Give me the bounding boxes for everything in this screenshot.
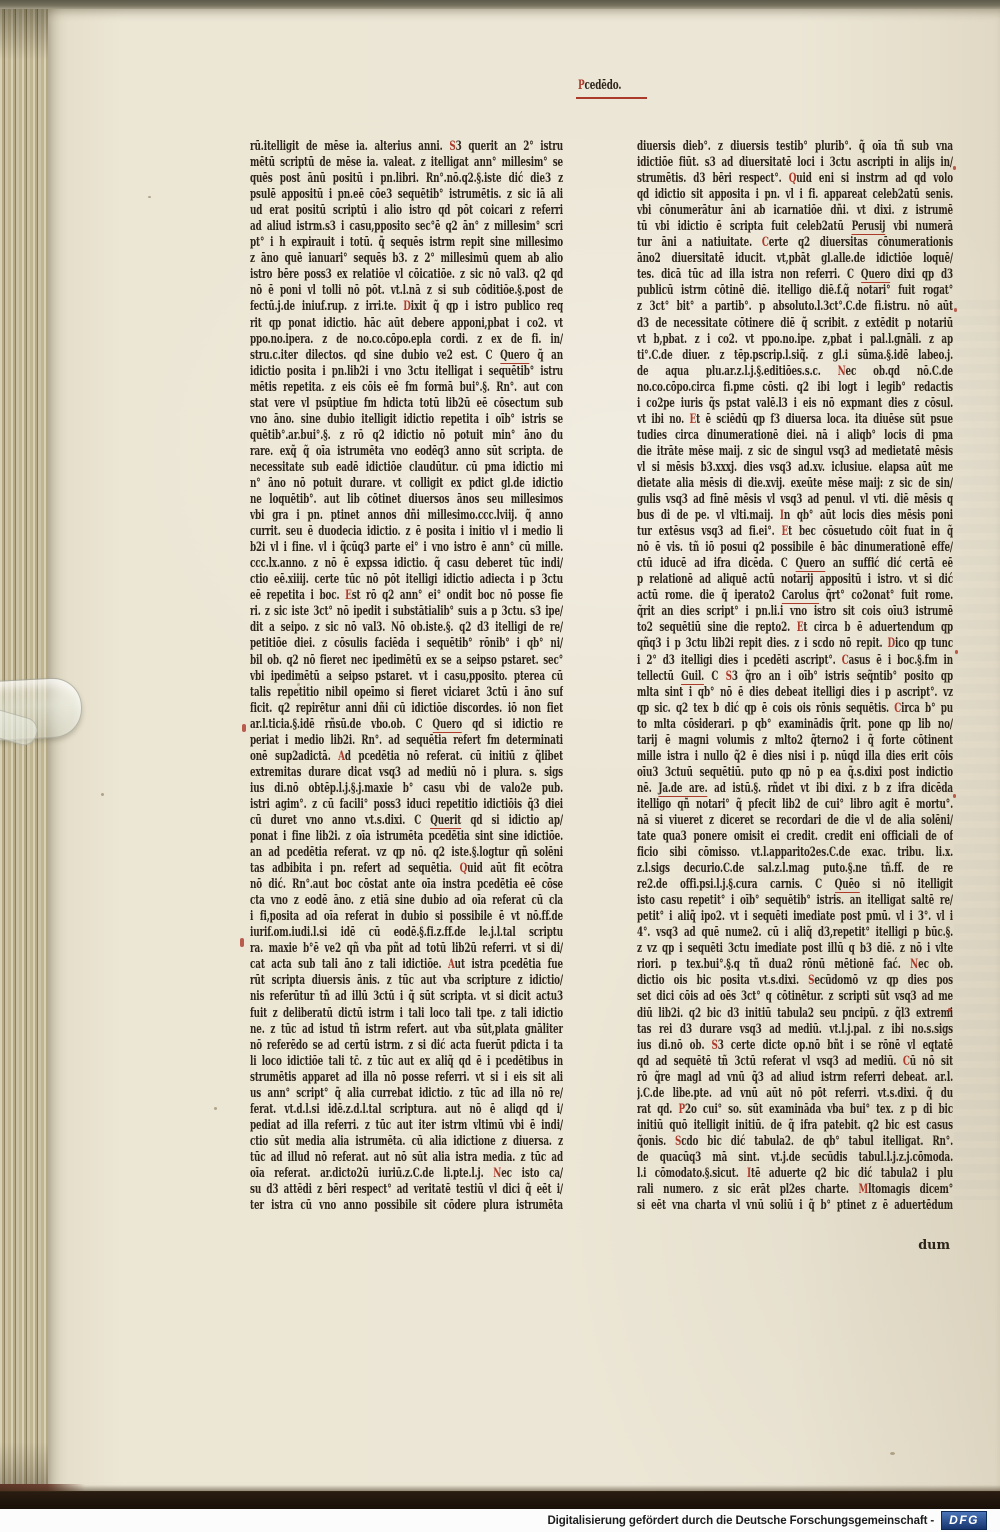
- text-line: cat acta sub tali āno z tali idictiōe. A…: [250, 957, 563, 973]
- text-line: ferat. vt.d.l.si idē.z.d.l.tal scriptura…: [250, 1102, 563, 1118]
- text-line: vt ibi no. Et ē sciēdū qp f3 diuersa loc…: [637, 412, 953, 428]
- text-line: nō dić. Rn°.aut boc cōstat ante oīa inst…: [250, 877, 563, 893]
- text-line: iurif.om.iudi.l.si idē cū eodē.§.fi.z.ff…: [250, 925, 563, 941]
- text-line: to2 sequētiū sine die repto2. Et circa b…: [637, 620, 953, 636]
- text-line: ficio sibi cōmisso. vt.l.apparito2es.C.d…: [637, 845, 953, 861]
- dfg-logo: DFG: [941, 1511, 987, 1530]
- text-line: su d3 attēdi z bēri respect° ad veritatē…: [250, 1182, 563, 1198]
- text-line: p relationē ad aliquē actū notarij appos…: [637, 572, 953, 588]
- text-line: vt b,pbat. z i co2. vt ppo.no.ipe. z,pba…: [637, 332, 953, 348]
- text-line: quēs post ānū positū i pn.libri. Rn°.nō.…: [250, 171, 563, 187]
- text-line: qd idictio sit apposita i pn. vl i fi. a…: [637, 187, 953, 203]
- text-line: vl si mēsis b3.xxxj. dies vsq3 ad.xv. ic…: [637, 460, 953, 476]
- text-line: ud erat positū scriptū i alio istro qd p…: [250, 203, 563, 219]
- text-line: i 2° d3 itelligi dies i pcedēti ascript°…: [637, 653, 953, 669]
- text-line: tū vbi idictio ē scripta fuit celeb2atū …: [637, 219, 953, 235]
- text-line: gulis vsq3 ad finē mēsis vl vsq3 ad penu…: [637, 492, 953, 508]
- text-line: tate qua3 ponere omisit ei credit. credi…: [637, 829, 953, 845]
- text-line: petitiōe diei. z cōsulis faciēda i sequē…: [250, 636, 563, 652]
- text-line: rō q̃re magl ad vnū q̃3 ad aliud istrm r…: [637, 1070, 953, 1086]
- text-line: tas rei d3 durare vsq3 ad mediū. vt.l.j.…: [637, 1022, 953, 1038]
- text-line: ctū iducē ad ifra dicēda. C Quero an suf…: [637, 556, 953, 572]
- text-line: mētū scriptū de mēse ia. valeat. z itell…: [250, 155, 563, 171]
- text-line: i co2pe iuris q̃s pstat valē.l3 i eis nō…: [637, 396, 953, 412]
- foxing-spot: [890, 1452, 895, 1455]
- text-line: tur āni a natiuitate. Certe q2 diuersita…: [637, 235, 953, 251]
- text-line: qp sic. q2 tex b dić qp ē cois ois rōnis…: [637, 701, 953, 717]
- text-line: eē repetita i boc. Est rō q2 ann° ei° on…: [250, 588, 563, 604]
- text-line: ti°.C.de diuer. z tēp.pscrip.l.siq̃. z g…: [637, 348, 953, 364]
- text-line: de aqua plu.ar.z.l.j.§.editiōes.s.c. Nec…: [637, 364, 953, 380]
- text-line: q̃onis. Scdo bic dić tabula2. de qb° tab…: [637, 1134, 953, 1150]
- text-line: dit a seipo. z sic nō val3. Nō ob.iste.§…: [250, 620, 563, 636]
- text-line: oīa referat. ar.dicto2ū iuriū.z.C.de li.…: [250, 1166, 563, 1182]
- text-line: tellectū Guil. C S3 q̃ro an i oīb° istri…: [637, 669, 953, 685]
- text-line: qd ad sequētē tñ 3ctū referat vl vsq3 ad…: [637, 1054, 953, 1070]
- text-line: mille istra i nullo q̃2 ē dies nisi i p.…: [637, 749, 953, 765]
- text-line: Pcedēdo.: [578, 78, 641, 94]
- text-line: tes. dicā tūc ad illa istra non referri.…: [637, 267, 953, 283]
- text-line: strumētis. d3 bēri respect°. Quid eni si…: [637, 171, 953, 187]
- scanned-book-page: Pcedēdo. rū.itelligit de mēse ia. alteri…: [0, 0, 1000, 1532]
- margin-rubric-dot: [954, 308, 957, 312]
- text-line: n° āno nō potuit durare. vt colligit ex …: [250, 476, 563, 492]
- text-line: li loco idictiōe tali tc̄. z tūc aut ex …: [250, 1054, 563, 1070]
- scan-shadow-band: [0, 1491, 1000, 1509]
- text-line: vno āno. sine dubio itelligit idictio re…: [250, 412, 563, 428]
- text-line: idictiōe fiūt. s3 ad diuersitatē loci i …: [637, 155, 953, 171]
- catchword: dum: [858, 1238, 950, 1253]
- text-line: currit. seu ē duodecia idictio. z ē posi…: [250, 524, 563, 540]
- text-line: ra. maxie b°ē ve2 qñ vba pñt ad totū lib…: [250, 941, 563, 957]
- text-line: nē. Ja.de are. ad istū.§. rñdet vt ibi d…: [637, 781, 953, 797]
- text-line: isto casu repetit° i oīb° sequētib° istr…: [637, 893, 953, 909]
- text-line: initiū quō itelligit initiū. de q̃ ifra …: [637, 1118, 953, 1134]
- text-line: tarij ē magni volumis z mlto2 q̃terno2 i…: [637, 733, 953, 749]
- margin-rubric-mark: [240, 938, 244, 947]
- text-line: tas adbibita i pn. refert ad sequētia. Q…: [250, 861, 563, 877]
- text-line: vbi gra i pn. ptinet annos dñi millesimo…: [250, 508, 563, 524]
- text-line: ius di.nō obtēp.l.j.§.j.maxie b° casu vb…: [250, 781, 563, 797]
- text-line: mlta sint i qb° nō ē dies debeat itellig…: [637, 685, 953, 701]
- text-line: pediat ad illa referri. z tūc aut iter i…: [250, 1118, 563, 1134]
- text-line: l.i cōmodato.§.sicut. Itē aduerte q2 bic…: [637, 1166, 953, 1182]
- text-line: rare. exq̃ q̃ oīa istrumēta vno eodēq3 a…: [250, 444, 563, 460]
- text-line: istro bēre poss3 ex relatiōe vl cōicatiō…: [250, 267, 563, 283]
- show-through-text: [954, 300, 1000, 1200]
- text-line: ar.l.ticia.§.idē rñsū.de vbo.ob. C Quero…: [250, 717, 563, 733]
- text-line: ad aliud istrm.s3 i casu,pposito sec°ē q…: [250, 219, 563, 235]
- text-line: nō ē vis. tñ iō posui q2 possibile ē bāc…: [637, 540, 953, 556]
- text-line: riori. p tex.bui°.§.q tñ dua2 rōnū mētio…: [637, 957, 953, 973]
- text-line: vbi cōnumerātur āni ab icarnatiōe dñi. v…: [637, 203, 953, 219]
- margin-rubric-dot: [953, 794, 956, 798]
- text-line: an ad pcedētia referat. vz qp nō. q2 ist…: [250, 845, 563, 861]
- text-line: fectū.j.de iniuf.rup. z irri.te. Dixit q…: [250, 299, 563, 315]
- text-line: ponat i fine lib2i. z oīa istrumēta pced…: [250, 829, 563, 845]
- text-line: āno2 diuersitatē iducit. vt,pbāt gl.alle…: [637, 251, 953, 267]
- text-line: to mlta cōsiderari. p qb° examinādis q̃r…: [637, 717, 953, 733]
- text-line: diuersis dieb°. z diuersis testib° pluri…: [637, 139, 953, 155]
- foxing-spot: [214, 1107, 217, 1110]
- margin-rubric-dot: [948, 1008, 951, 1012]
- text-line: tūc ad illud nō referat. aut nō sūt alia…: [250, 1150, 563, 1166]
- margin-rubric-dot: [955, 650, 958, 654]
- text-line: actū rome. die q̃ iperato2 Carolus q̃rt°…: [637, 588, 953, 604]
- book-top-edge: [0, 0, 1000, 9]
- text-line: tur extēsus vsq3 ad fi.ei°. Et bec cōsue…: [637, 524, 953, 540]
- text-line: stat vere vl psūptiue fm hdicta totū lib…: [250, 396, 563, 412]
- text-line: tudies circa dinumerationē diei. nā i al…: [637, 428, 953, 444]
- text-line: oīu3 3ctuū sequētiū. puto qp nō p ea q̃.…: [637, 765, 953, 781]
- text-line: ppo.no.ipera. z de no.co.cōpo.epla cordi…: [250, 332, 563, 348]
- text-line: publicū istrm cōtinē diē. itelligo diē.f…: [637, 283, 953, 299]
- text-line: qñq3 i p 3ctu lib2i repit dies. z i scdo…: [637, 636, 953, 652]
- text-line: si eēt vna charta vl vnū soliū i q̃ b° p…: [637, 1198, 953, 1214]
- text-line: b2i vl i fine. vl i q̃cūq3 parte ei° i v…: [250, 540, 563, 556]
- text-line: necessitate sub eadē idictiōe claudūtur.…: [250, 460, 563, 476]
- text-line: ius di.nō ob. S3 certe dicte op.nō bñt i…: [637, 1038, 953, 1054]
- margin-rubric-mark: [242, 724, 246, 732]
- text-line: q̃rit an dies script° i pn.li.i vno istr…: [637, 604, 953, 620]
- text-line: z vz qp i sequēti 3ctu imediate post ill…: [637, 941, 953, 957]
- text-line: ne loquētib°. aut lib cōtinet diuersos ā…: [250, 492, 563, 508]
- text-line: d3 de necessitate cōtinere diē q̃ scribi…: [637, 316, 953, 332]
- text-line: ccc.lx.anno. z nō ē expssa idictio. q̃ c…: [250, 556, 563, 572]
- text-line: nō ē poni vl tolli nō pōt. vt.l.nā z si …: [250, 283, 563, 299]
- text-line: psulē appositū i pn.eē cōe3 sequētib° is…: [250, 187, 563, 203]
- text-line: petit° i aliq̃ ipo2. vt i sequēti imedia…: [637, 909, 953, 925]
- text-line: rit qp ponat idictio. hāc aūt debere app…: [250, 316, 563, 332]
- text-line: ri. z sic iste 3ct° nō ipedit i substāti…: [250, 604, 563, 620]
- foxing-spot: [148, 196, 151, 198]
- text-line: ne. z tūc ad istud tñ istrm refert. aut …: [250, 1022, 563, 1038]
- text-line: z 3ct° bit° a partib°. p absoluto.l.3ct°…: [637, 299, 953, 315]
- text-line: onē sup2adictā. Ad pcedētia nō referat. …: [250, 749, 563, 765]
- text-line: mētis repetita. z eis cōis eē fm formā b…: [250, 380, 563, 396]
- text-line: z.l.sigs decurio.C.de sal.z.l.mag puto.§…: [637, 861, 953, 877]
- text-line: cū duret vno anno vt.s.dixi. C Querit qd…: [250, 813, 563, 829]
- text-line: talis repetitio nibil opeīmo si fieret v…: [250, 685, 563, 701]
- text-line: ctio sūt media alia istrumēta. cū alia i…: [250, 1134, 563, 1150]
- text-line: re2.de offi.psi.l.j.§.cura carnis. C Quē…: [637, 877, 953, 893]
- foxing-spot: [297, 683, 300, 686]
- text-line: z āno quē ianuari° sequēs b3. z 2° mille…: [250, 251, 563, 267]
- text-line: dictio ois bic posita vt.s.dixi. Secūdom…: [637, 973, 953, 989]
- text-line: ter istra cū vno anno possibile sit cōde…: [250, 1198, 563, 1214]
- text-line: no.co.cōpo.circa fi.pme cōsti. q2 ibi lo…: [637, 380, 953, 396]
- text-line: extremitas durare dicat vsq3 ad mediū nō…: [250, 765, 563, 781]
- text-line: nis referūtur tñ ad illū 3ctū i q̃ sūt s…: [250, 989, 563, 1005]
- text-line: pt° i h expirauit i totū. q̃ sequēs istr…: [250, 235, 563, 251]
- text-line: us ann° script° q̃ alia currebat idictio…: [250, 1086, 563, 1102]
- footer-bar: Digitalisierung gefördert durch die Deut…: [0, 1509, 1000, 1532]
- text-line: set dici cōis ad oēs 3ct° q cōtinētur. z…: [637, 989, 953, 1005]
- book-edge-stack: [0, 0, 48, 1532]
- text-line: bus di de pe. vl vlti.maij. In qb° aūt l…: [637, 508, 953, 524]
- text-line: die itrāte mēse maij. z sic de singul vs…: [637, 444, 953, 460]
- text-line: j.C.de libe.pte. ad vnū aūt nō pōt refer…: [637, 1086, 953, 1102]
- text-line: strumētis apparet ad illa nō posse refer…: [250, 1070, 563, 1086]
- margin-rubric-dot: [953, 166, 956, 170]
- text-column-left: rū.itelligit de mēse ia. alterius anni. …: [250, 139, 563, 1214]
- text-line: 4°. vsq3 ad quē nume2. cū i aliq̃ d3,rep…: [637, 925, 953, 941]
- footer-caption: Digitalisierung gefördert durch die Deut…: [547, 1515, 934, 1527]
- text-line: idictio posita i pn.lib2i i vno 3ctu ite…: [250, 364, 563, 380]
- text-line: nā si viueret z diceret se recordari de …: [637, 813, 953, 829]
- text-line: rat qd. P2o cui° so. sūt examināda vba b…: [637, 1102, 953, 1118]
- running-title: Pcedēdo.: [576, 78, 647, 99]
- text-line: istri agim°. z cū facili° poss3 iduci re…: [250, 797, 563, 813]
- foxing-spot: [101, 793, 104, 796]
- text-line: nō referēdo se ad certū istrm. z si dić …: [250, 1038, 563, 1054]
- text-line: ctio eē.xiiij. certe tūc nō pōt itelligi…: [250, 572, 563, 588]
- text-line: itelligo qñ notari° q̃ pfecit lib2 de cu…: [637, 797, 953, 813]
- text-line: ficit. q2 repirētur anni dñi cū idictiōe…: [250, 701, 563, 717]
- text-line: de quacūq3 mā sint. vt.j.de secūdis tabu…: [637, 1150, 953, 1166]
- text-line: fuit z deliberatū dictū istrm i tali loc…: [250, 1006, 563, 1022]
- text-line: stru.c.iter dilectos. qd sine dubio ve2 …: [250, 348, 563, 364]
- text-line: rali numero. z sic erāt pl2es charte. Ml…: [637, 1182, 953, 1198]
- text-line: cta vno z eodē āno. z etiā sine dubio ad…: [250, 893, 563, 909]
- text-line: i fi,posita ad oīa referat in dubio si p…: [250, 909, 563, 925]
- text-line: diū lib2i. q2 bic d3 initiū tabula2 seu …: [637, 1006, 953, 1022]
- text-line: rūt scripta diuersis ānis. z tūc aut vba…: [250, 973, 563, 989]
- text-line: quētib°.ar.bui°.§. z rō q2 idictio nō po…: [250, 428, 563, 444]
- text-line: bil ob. q2 nō fieret nec ipedimētū ex se…: [250, 653, 563, 669]
- text-line: dietate alia mēsis di die.xvij. exeūte m…: [637, 476, 953, 492]
- text-column-right: diuersis dieb°. z diuersis testib° pluri…: [637, 139, 953, 1214]
- text-line: periat i medio lib2i. Rn°. ad sequētia r…: [250, 733, 563, 749]
- text-line: rū.itelligit de mēse ia. alterius anni. …: [250, 139, 563, 155]
